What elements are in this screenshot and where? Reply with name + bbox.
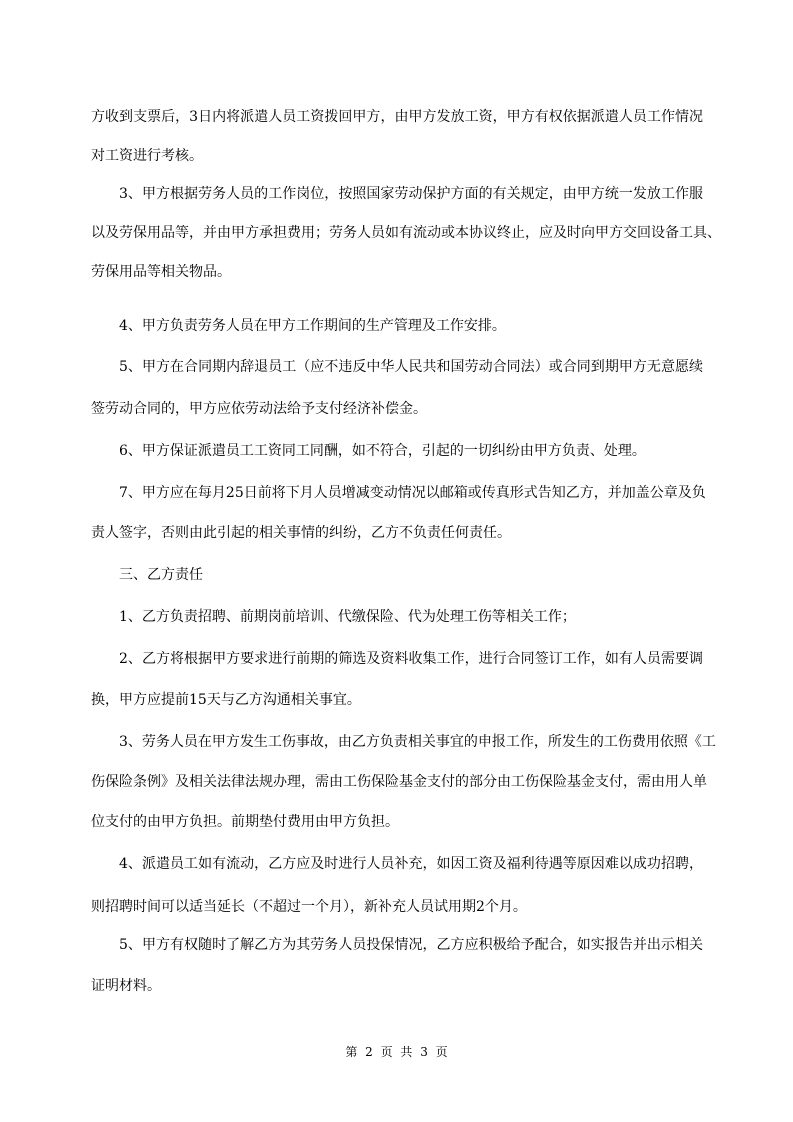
text-line: 签劳动合同的，甲方应依劳动法给予支付经济补偿金。 [91, 398, 703, 420]
text-line: 4、甲方负责劳务人员在甲方工作期间的生产管理及工作安排。 [119, 315, 703, 337]
text-line: 则招聘时间可以适当延长（不超过一个月），新补充人员试用期2个月。 [91, 896, 703, 918]
text-line: 5、甲方有权随时了解乙方为其劳务人员投保情况，乙方应积极给予配合，如实报告并出示… [119, 934, 703, 956]
text-line: 以及劳保用品等，并由甲方承担费用；劳务人员如有流动或本协议终止，应及时向甲方交回… [91, 222, 703, 244]
document-page: 方收到支票后，3日内将派遣人员工资拨回甲方，由甲方发放工资，甲方有权依据派遣人员… [0, 0, 793, 1122]
text-line: 5、甲方在合同期内辞退员工（应不违反中华人民共和国劳动合同法）或合同到期甲方无意… [119, 356, 703, 378]
page-number-footer: 第 2 页 共 3 页 [0, 1043, 793, 1061]
text-line: 换，甲方应提前15天与乙方沟通相关事宜。 [91, 689, 703, 711]
text-line: 4、派遣员工如有流动，乙方应及时进行人员补充，如因工资及福利待遇等原因难以成功招… [119, 853, 703, 875]
text-line: 2、乙方将根据甲方要求进行前期的筛选及资料收集工作，进行合同签订工作，如有人员需… [119, 648, 703, 670]
text-line: 3、劳务人员在甲方发生工伤事故，由乙方负责相关事宜的申报工作，所发生的工伤费用依… [119, 731, 703, 753]
text-line: 伤保险条例》及相关法律法规办理，需由工伤保险基金支付的部分由工伤保险基金支付，需… [91, 771, 703, 793]
text-line: 对工资进行考核。 [91, 145, 703, 167]
text-line: 劳保用品等相关物品。 [91, 261, 703, 283]
text-line: 位支付的由甲方负担。前期垫付费用由甲方负担。 [91, 811, 703, 833]
text-line: 7、甲方应在每月25日前将下月人员增减变动情况以邮箱或传真形式告知乙方，并加盖公… [119, 482, 703, 504]
text-line: 6、甲方保证派遣员工工资同工同酬，如不符合，引起的一切纠纷由甲方负责、处理。 [119, 440, 703, 462]
text-line: 证明材料。 [91, 975, 703, 997]
text-line: 1、乙方负责招聘、前期岗前培训、代缴保险、代为处理工伤等相关工作； [119, 606, 703, 628]
text-line: 责人签字，否则由此引起的相关事情的纠纷，乙方不负责任何责任。 [91, 522, 703, 544]
text-line: 方收到支票后，3日内将派遣人员工资拨回甲方，由甲方发放工资，甲方有权依据派遣人员… [91, 106, 703, 128]
section-heading: 三、乙方责任 [119, 564, 703, 586]
text-line: 3、甲方根据劳务人员的工作岗位，按照国家劳动保护方面的有关规定，由甲方统一发放工… [119, 183, 703, 205]
